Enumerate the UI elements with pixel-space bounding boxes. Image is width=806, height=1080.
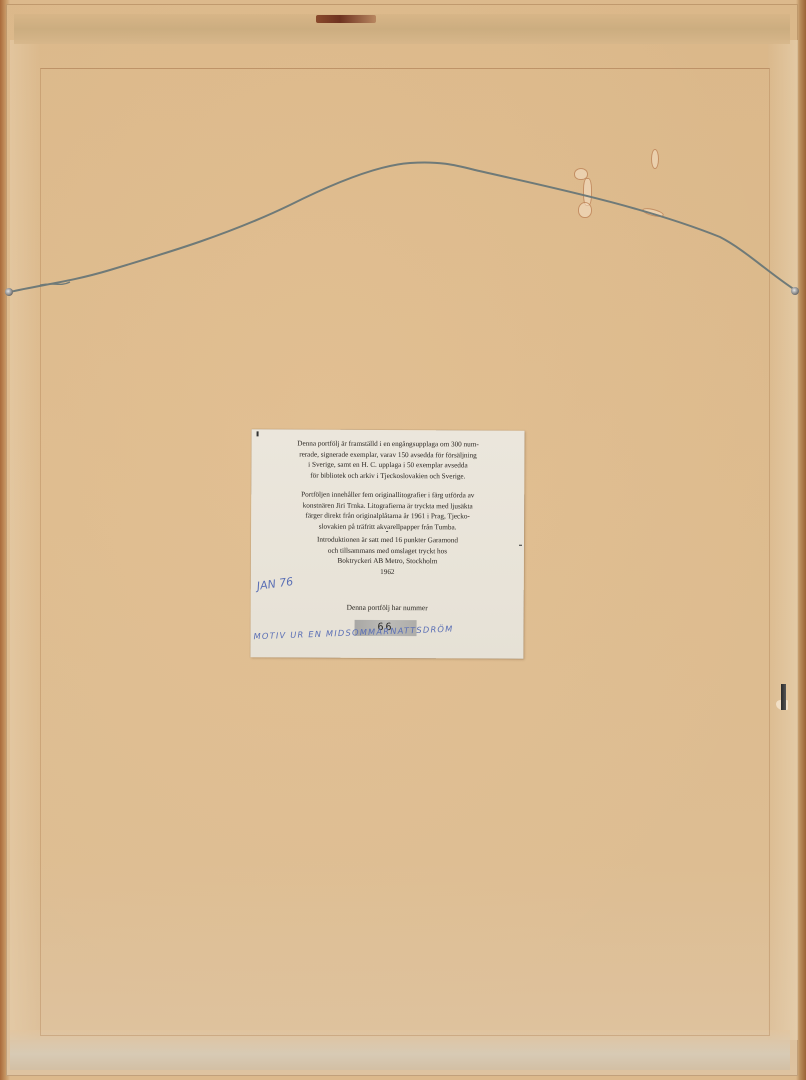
handwritten-date: JAN 76	[256, 575, 294, 593]
backing-tape-bottom	[10, 1030, 790, 1070]
backing-tape-right	[768, 40, 798, 1040]
label-mark	[257, 431, 259, 436]
backing-tape-top	[14, 14, 790, 44]
backing-tape-left	[10, 40, 40, 1040]
handwritten-title-note: MOTIV UR EN MIDSOMMARNATTSDRÖM	[253, 624, 453, 642]
turn-button-clip	[781, 684, 786, 710]
label-mark	[519, 545, 522, 546]
wire-anchor-right	[791, 287, 799, 295]
tape-tear	[316, 15, 376, 23]
label-paragraph-printer: Introduktionen är satt med 16 punkter Ga…	[251, 534, 524, 578]
label-divider	[386, 531, 388, 532]
label-paragraph-lithographs: Portföljen innehåller fem originallitogr…	[251, 489, 524, 533]
water-stain	[578, 202, 592, 218]
portfolio-number-caption: Denna portfölj har nummer	[251, 602, 524, 612]
colophon-label: Denna portfölj är framställd i en engång…	[250, 429, 524, 658]
wire-anchor-left	[5, 288, 13, 296]
label-paragraph-edition: Denna portfölj är framställd i en engång…	[251, 438, 524, 482]
water-stain	[651, 149, 659, 169]
